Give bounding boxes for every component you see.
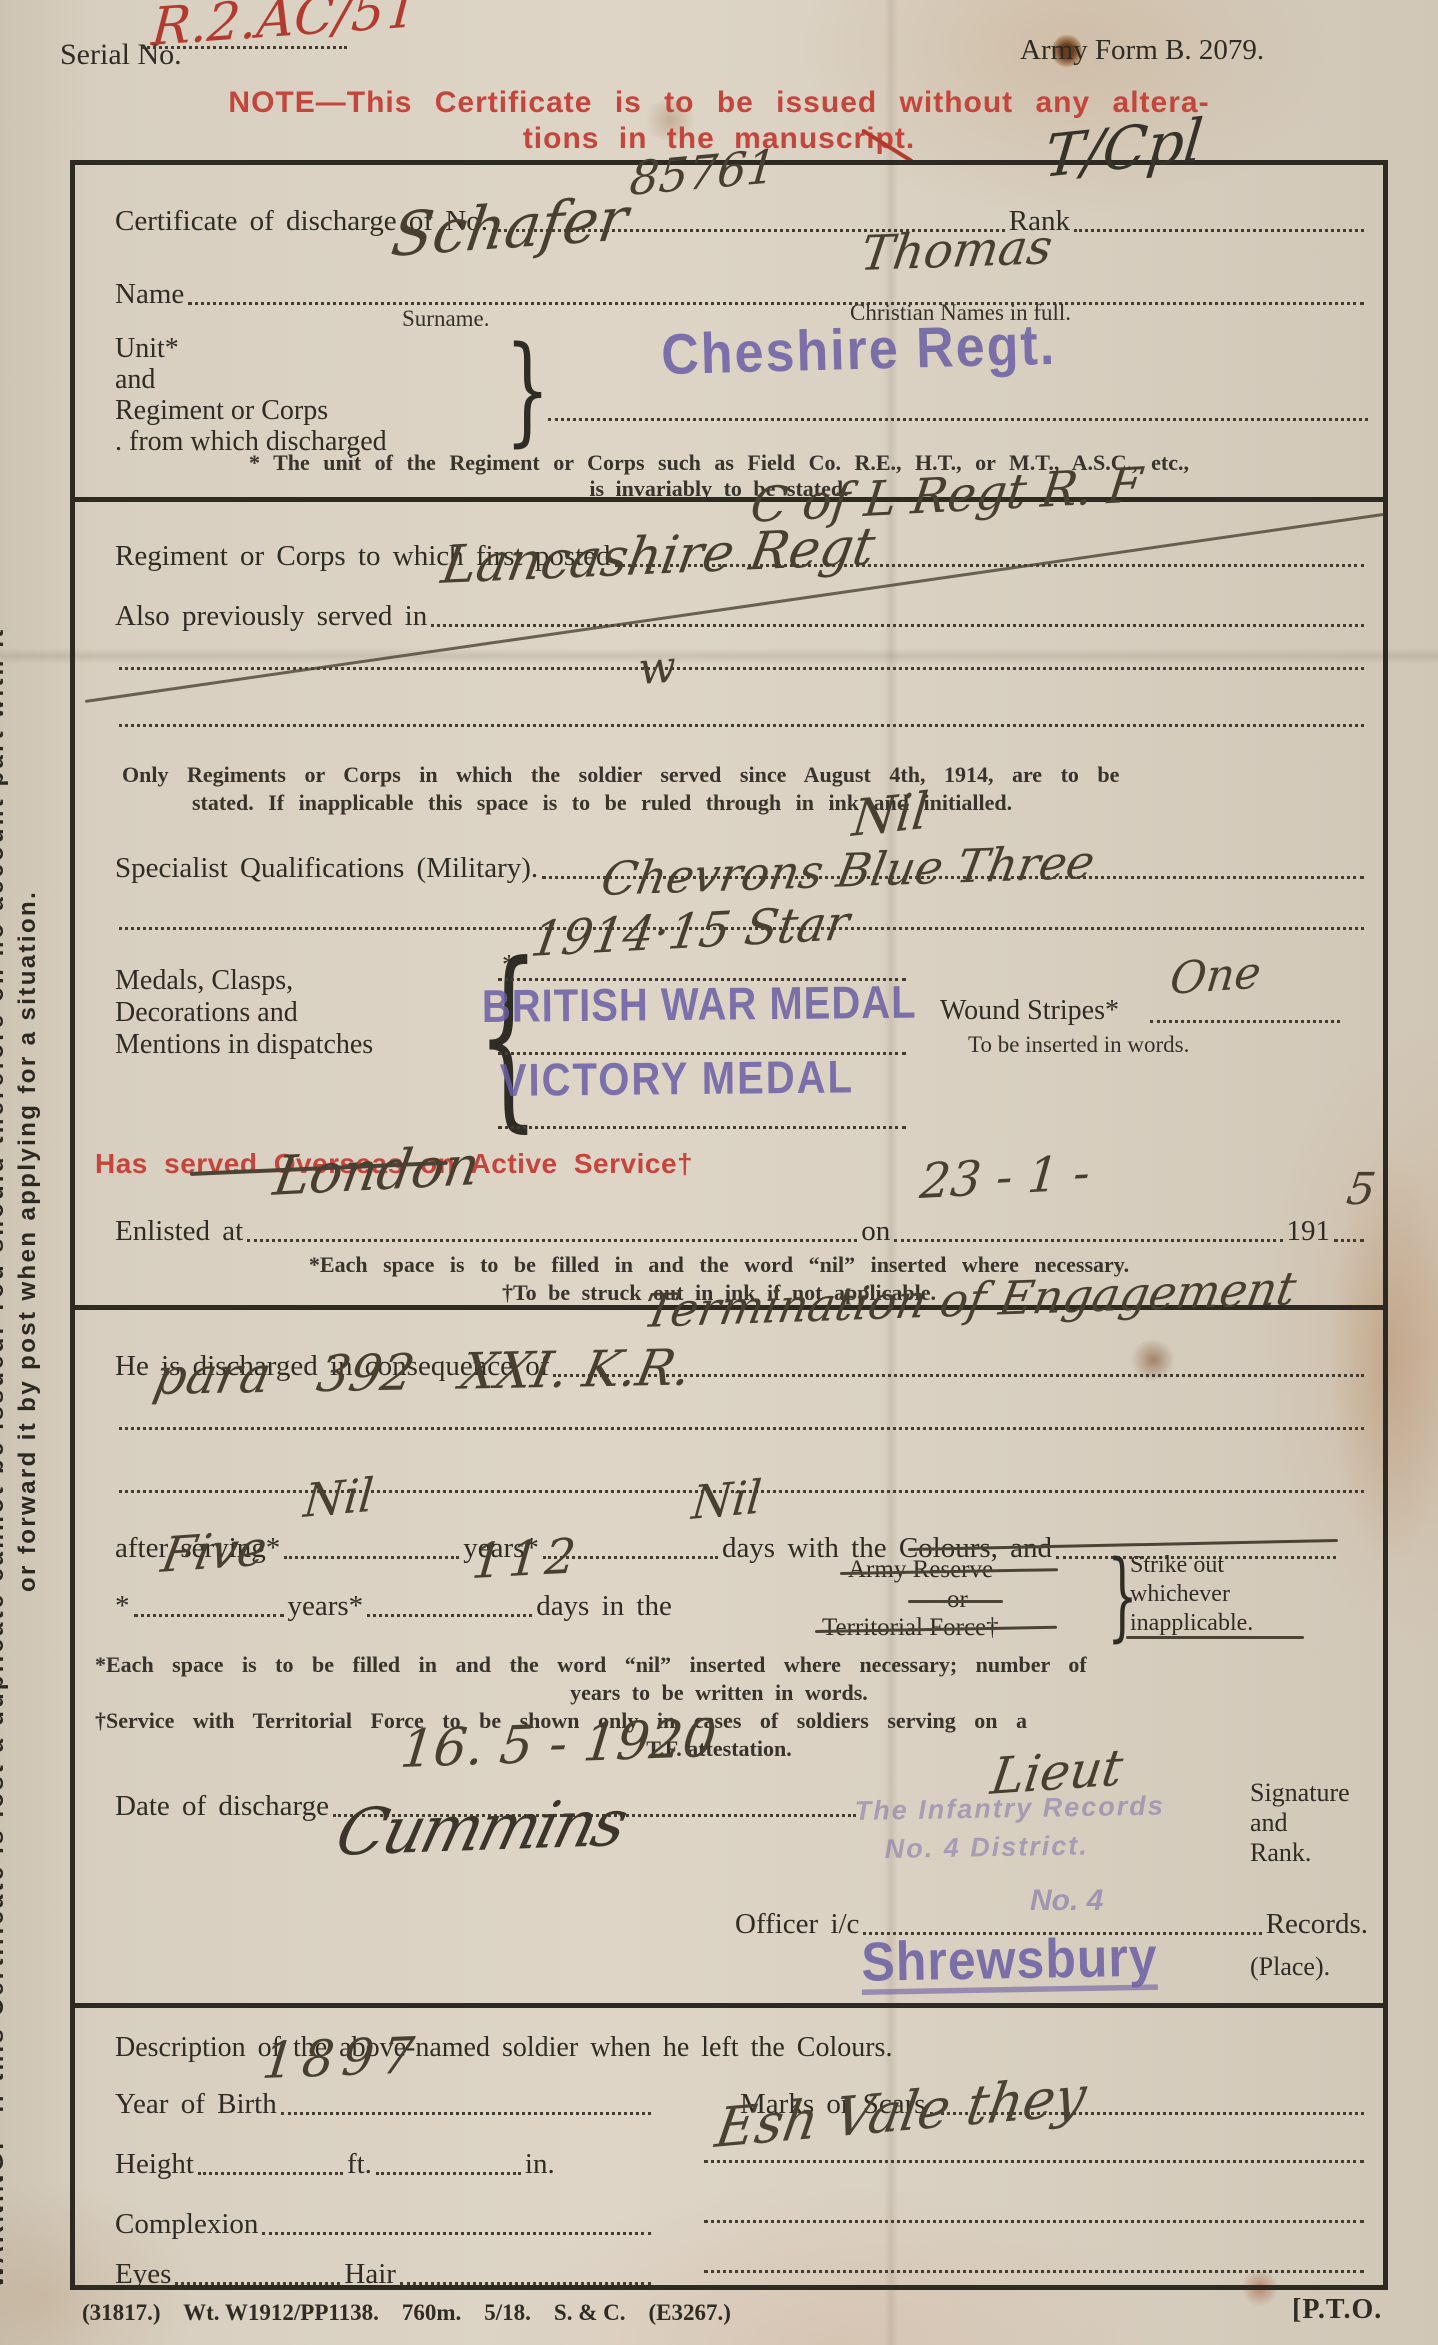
dotted-line	[704, 2258, 1364, 2273]
printer-imprint: (31817.) Wt. W1912/PP1138. 760m. 5/18. S…	[82, 2300, 731, 2326]
description-heading: Description of the above-named soldier w…	[115, 2032, 892, 2064]
reserve-service-row: * years* days in the	[115, 1590, 815, 1623]
infantry-records-stamp: The Infantry Records	[855, 1793, 1165, 1825]
discharge-date-handwritten: 16. 5 - 1920	[398, 1713, 719, 1776]
no4-stamp: No. 4	[1030, 1886, 1103, 1916]
unit-footnote-1: * The unit of the Regiment or Corps such…	[0, 450, 1438, 476]
previously-served-label: Also previously served in	[115, 600, 427, 633]
hair-label: Hair	[344, 2258, 396, 2291]
cheshire-regt-stamp: Cheshire Regt.	[661, 316, 1057, 384]
dotted-line	[431, 612, 1364, 627]
service-number-handwritten: 85761	[628, 143, 778, 202]
unit-line-2: and	[115, 364, 155, 396]
specialist-nil-handwritten: Nil	[850, 785, 931, 844]
unit-brace: }	[505, 330, 550, 448]
territorial-footnote-2: T.F. attestation.	[0, 1736, 1438, 1762]
medals-label-3: Mentions in dispatches	[115, 1029, 373, 1061]
eyes-hair-row: Eyes Hair	[115, 2258, 655, 2291]
wound-stripes-handwritten: One	[1168, 951, 1263, 1002]
medals-label-2: Decorations and	[115, 997, 298, 1029]
height-row: Height ft. in.	[115, 2148, 655, 2181]
serving-footnote-2: years to be written in words.	[0, 1680, 1438, 1706]
wound-stripes-label: Wound Stripes*	[940, 995, 1119, 1027]
eyes-hair-row-right	[700, 2258, 1368, 2279]
christian-name-handwritten: Thomas	[858, 223, 1055, 278]
strike-out-line1: Strike out	[1130, 1552, 1224, 1579]
british-war-medal-stamp: BRITISH WAR MEDAL	[482, 980, 917, 1030]
medal-dotted-line-3	[498, 1108, 906, 1129]
wound-dotted-line	[1150, 1002, 1340, 1023]
warning-vertical-line2: or forward it by post when applying for …	[14, 890, 44, 1592]
year-of-birth-handwritten: 1897	[260, 2030, 424, 2086]
dotted-line	[894, 1227, 1282, 1242]
signature-caption-2: and	[1250, 1808, 1288, 1838]
victory-medal-stamp: VICTORY MEDAL	[500, 1054, 855, 1104]
name-label: Name	[115, 278, 184, 311]
dotted-line	[400, 2270, 651, 2285]
dotted-line	[198, 2160, 343, 2175]
note-line1: NOTE—This Certificate is to be issued wi…	[0, 86, 1438, 120]
unit-dotted-line	[548, 400, 1368, 421]
asterisk-label: *	[115, 1590, 130, 1623]
unit-line-3: Regiment or Corps	[115, 395, 328, 427]
surname-handwritten: Schafer	[388, 189, 631, 266]
enlisted-date-handwritten: 23 - 1 -	[918, 1149, 1092, 1206]
complexion-row: Complexion	[115, 2208, 655, 2241]
five-years-handwritten: Five	[158, 1524, 271, 1580]
pen-stroke-inapplicable	[1126, 1636, 1304, 1639]
unit-line-1: Unit*	[115, 333, 179, 365]
days-in-the-label: days in the	[536, 1590, 672, 1623]
serving-footnote-1: *Each space is to be filled in and the w…	[95, 1652, 1087, 1678]
feet-label: ft.	[347, 2148, 372, 2181]
surname-caption: Surname.	[402, 306, 490, 332]
dotted-line	[119, 1415, 1364, 1430]
district-stamp: No. 4 District.	[885, 1832, 1089, 1863]
complexion-row-right	[700, 2208, 1368, 2229]
serial-handwritten: R.2.AC/5T	[150, 0, 421, 54]
dotted-line	[188, 290, 1364, 305]
days-112-handwritten: 112	[470, 1532, 584, 1586]
pto-label: [P.T.O.	[1292, 2294, 1382, 2326]
blank-dotted-row	[115, 712, 1368, 733]
blank-dotted-row	[115, 655, 1368, 676]
form-number: Army Form B. 2079.	[1020, 34, 1264, 67]
dotted-line	[1074, 217, 1364, 232]
pen-stroke-or	[908, 1600, 1003, 1603]
officer-ic-label: Officer i/c	[735, 1908, 859, 1941]
year-of-birth-row: Year of Birth	[115, 2088, 655, 2121]
date-of-discharge-label: Date of discharge	[115, 1790, 329, 1823]
dotted-line	[367, 1602, 532, 1617]
discharge-para-handwritten: para 392 XXI. K.R.	[150, 1342, 696, 1402]
year-of-birth-label: Year of Birth	[115, 2088, 277, 2121]
name-row: Name	[115, 278, 1368, 311]
rank-handwritten: T/Cpl	[1042, 110, 1206, 186]
discharge-certificate-scan: WARNING.—If this Certificate is lost a d…	[0, 0, 1438, 2345]
height-label: Height	[115, 2148, 194, 2181]
year-printed: 191	[1287, 1215, 1331, 1248]
dotted-line	[281, 2100, 651, 2115]
dotted-line	[376, 2160, 521, 2175]
dotted-line	[262, 2220, 651, 2235]
dotted-line	[175, 2270, 340, 2285]
records-label: Records.	[1266, 1908, 1368, 1941]
specialist-qualifications-label: Specialist Qualifications (Military).	[115, 852, 538, 885]
unit-footnote-2: is invariably to be stated.	[0, 476, 1438, 502]
section-divider-3	[70, 2003, 1388, 2008]
strike-out-line3: inapplicable.	[1130, 1610, 1253, 1637]
serving-years-nil-handwritten: Nil	[302, 1471, 375, 1524]
serving-days-nil-handwritten: Nil	[690, 1473, 763, 1526]
shrewsbury-place-stamp: Shrewsbury	[861, 1929, 1158, 1995]
strike-out-line2: whichever	[1130, 1581, 1230, 1608]
dotted-line	[119, 712, 1364, 727]
wound-caption: To be inserted in words.	[968, 1032, 1189, 1058]
on-label: on	[861, 1215, 890, 1248]
dotted-line	[1334, 1227, 1364, 1242]
dotted-line	[134, 1602, 284, 1617]
enlisted-row: Enlisted at on 191	[115, 1215, 1368, 1248]
enlisted-at-label: Enlisted at	[115, 1215, 243, 1248]
certificate-number-row: Certificate of discharge of No. Rank	[115, 205, 1368, 238]
enlisted-place-handwritten: London	[270, 1139, 483, 1204]
inches-label: in.	[525, 2148, 555, 2181]
medals-label-1: Medals, Clasps,	[115, 965, 293, 997]
signature-scrawl: Cummins	[330, 1791, 631, 1866]
signature-caption-1: Signature	[1250, 1778, 1350, 1808]
warning-vertical-line1: WARNING.—If this Certificate is lost a d…	[0, 627, 12, 2288]
ruling-initial-handwritten: w	[637, 645, 678, 692]
eyes-label: Eyes	[115, 2258, 171, 2291]
blank-dotted-row	[115, 1415, 1368, 1436]
dotted-line	[247, 1227, 857, 1242]
dotted-line	[704, 2208, 1364, 2223]
complexion-label: Complexion	[115, 2208, 258, 2241]
years-label-2: years*	[288, 1590, 364, 1623]
only-regiments-note-1: Only Regiments or Corps in which the sol…	[122, 762, 1119, 788]
place-caption: (Place).	[1250, 1952, 1330, 1982]
dotted-line	[284, 1544, 459, 1559]
signature-caption-3: Rank.	[1250, 1838, 1311, 1868]
